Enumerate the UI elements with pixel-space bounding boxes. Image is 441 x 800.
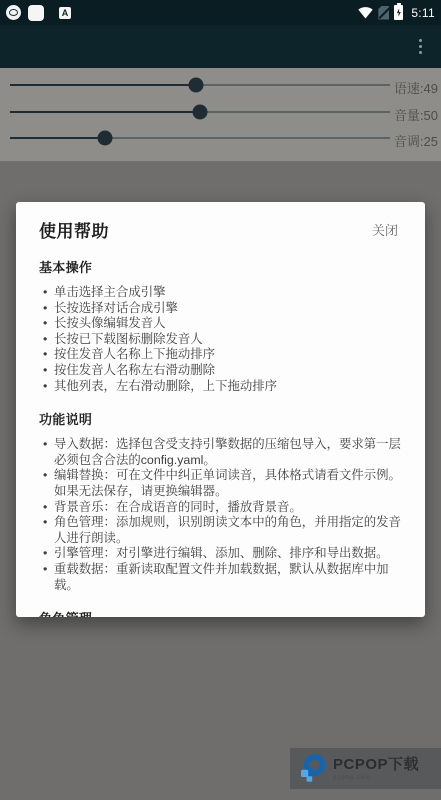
list-item: 编辑替换：可在文件中纠正单词读音，具体格式请看文件示例。如果无法保存，请更换编辑… [54,468,407,499]
list-item: 按住发音人名称上下拖动排序 [54,347,407,363]
help-dialog: 使用帮助 关闭 基本操作 单击选择主合成引擎 长按选择对话合成引擎 长按头像编辑… [16,202,425,617]
volume-label: 音量:50 [394,105,438,124]
volume-slider[interactable] [10,111,390,113]
list-item: 长按选择对话合成引擎 [54,301,407,317]
app-bar [0,25,441,68]
section-heading-features: 功能说明 [39,409,407,428]
letter-a-notification-icon: A [59,7,71,19]
slider-thumb[interactable] [98,131,113,146]
watermark-text: PCPOP下载 pcpop.com [333,757,419,781]
close-button[interactable]: 关闭 [372,220,398,239]
pitch-label: 音调:25 [394,131,438,150]
speech-rate-slider[interactable] [10,84,390,86]
overflow-menu-icon[interactable] [413,36,427,57]
circle-app-notification-icon [6,5,21,20]
list-item: 其他列表，左右滑动删除，上下拖动排序 [54,379,407,395]
watermark-brand: PCPOP下载 [333,757,419,772]
basic-operations-list: 单击选择主合成引擎 长按选择对话合成引擎 长按头像编辑发音人 长按已下载图标删除… [39,285,407,394]
pitch-slider[interactable] [10,137,390,139]
pitch-slider-row: 音调:25 [0,130,441,146]
slider-thumb[interactable] [189,78,204,93]
list-item: 长按头像编辑发音人 [54,316,407,332]
list-item: 单击选择主合成引擎 [54,285,407,301]
battery-charging-icon [394,5,403,20]
no-sim-icon [378,6,389,20]
status-bar: A 5:11 [0,0,441,25]
list-item: 角色管理：添加规则，识别朗读文本中的角色，并用指定的发音人进行朗读。 [54,515,407,546]
speech-rate-slider-row: 语速:49 [0,77,441,93]
list-item: 重载数据：重新读取配置文件并加载数据，默认从数据库中加载。 [54,562,407,593]
section-heading-basic-operations: 基本操作 [39,257,407,276]
list-item: 背景音乐：在合成语音的同时，播放背景音。 [54,500,407,516]
watermark-subtitle: pcpop.com [333,775,419,781]
settings-panel: 语速:49 音量:50 音调:25 [0,68,441,161]
features-list: 导入数据：选择包含受支持引擎数据的压缩包导入，要求第一层必须包含合法的confi… [39,437,407,593]
wifi-icon [358,7,373,19]
clock: 5:11 [411,6,435,20]
list-item: 导入数据：选择包含受支持引擎数据的压缩包导入，要求第一层必须包含合法的confi… [54,437,407,468]
notification-icons: A [6,5,358,21]
slider-thumb[interactable] [193,105,208,120]
pcpop-logo-icon [297,753,329,785]
rounded-square-notification-icon [28,5,44,21]
list-item: 引擎管理：对引擎进行编辑、添加、删除、排序和导出数据。 [54,546,407,562]
volume-slider-row: 音量:50 [0,104,441,120]
dialog-header: 使用帮助 关闭 [39,217,407,242]
list-item: 长按已下载图标删除发音人 [54,332,407,348]
speech-rate-label: 语速:49 [394,78,438,97]
section-heading-role-management: 角色管理 [39,608,407,617]
list-item: 按住发音人名称左右滑动删除 [54,363,407,379]
pcpop-watermark: PCPOP下载 pcpop.com [290,748,441,789]
dialog-title: 使用帮助 [39,217,109,242]
status-icons: 5:11 [358,5,435,20]
